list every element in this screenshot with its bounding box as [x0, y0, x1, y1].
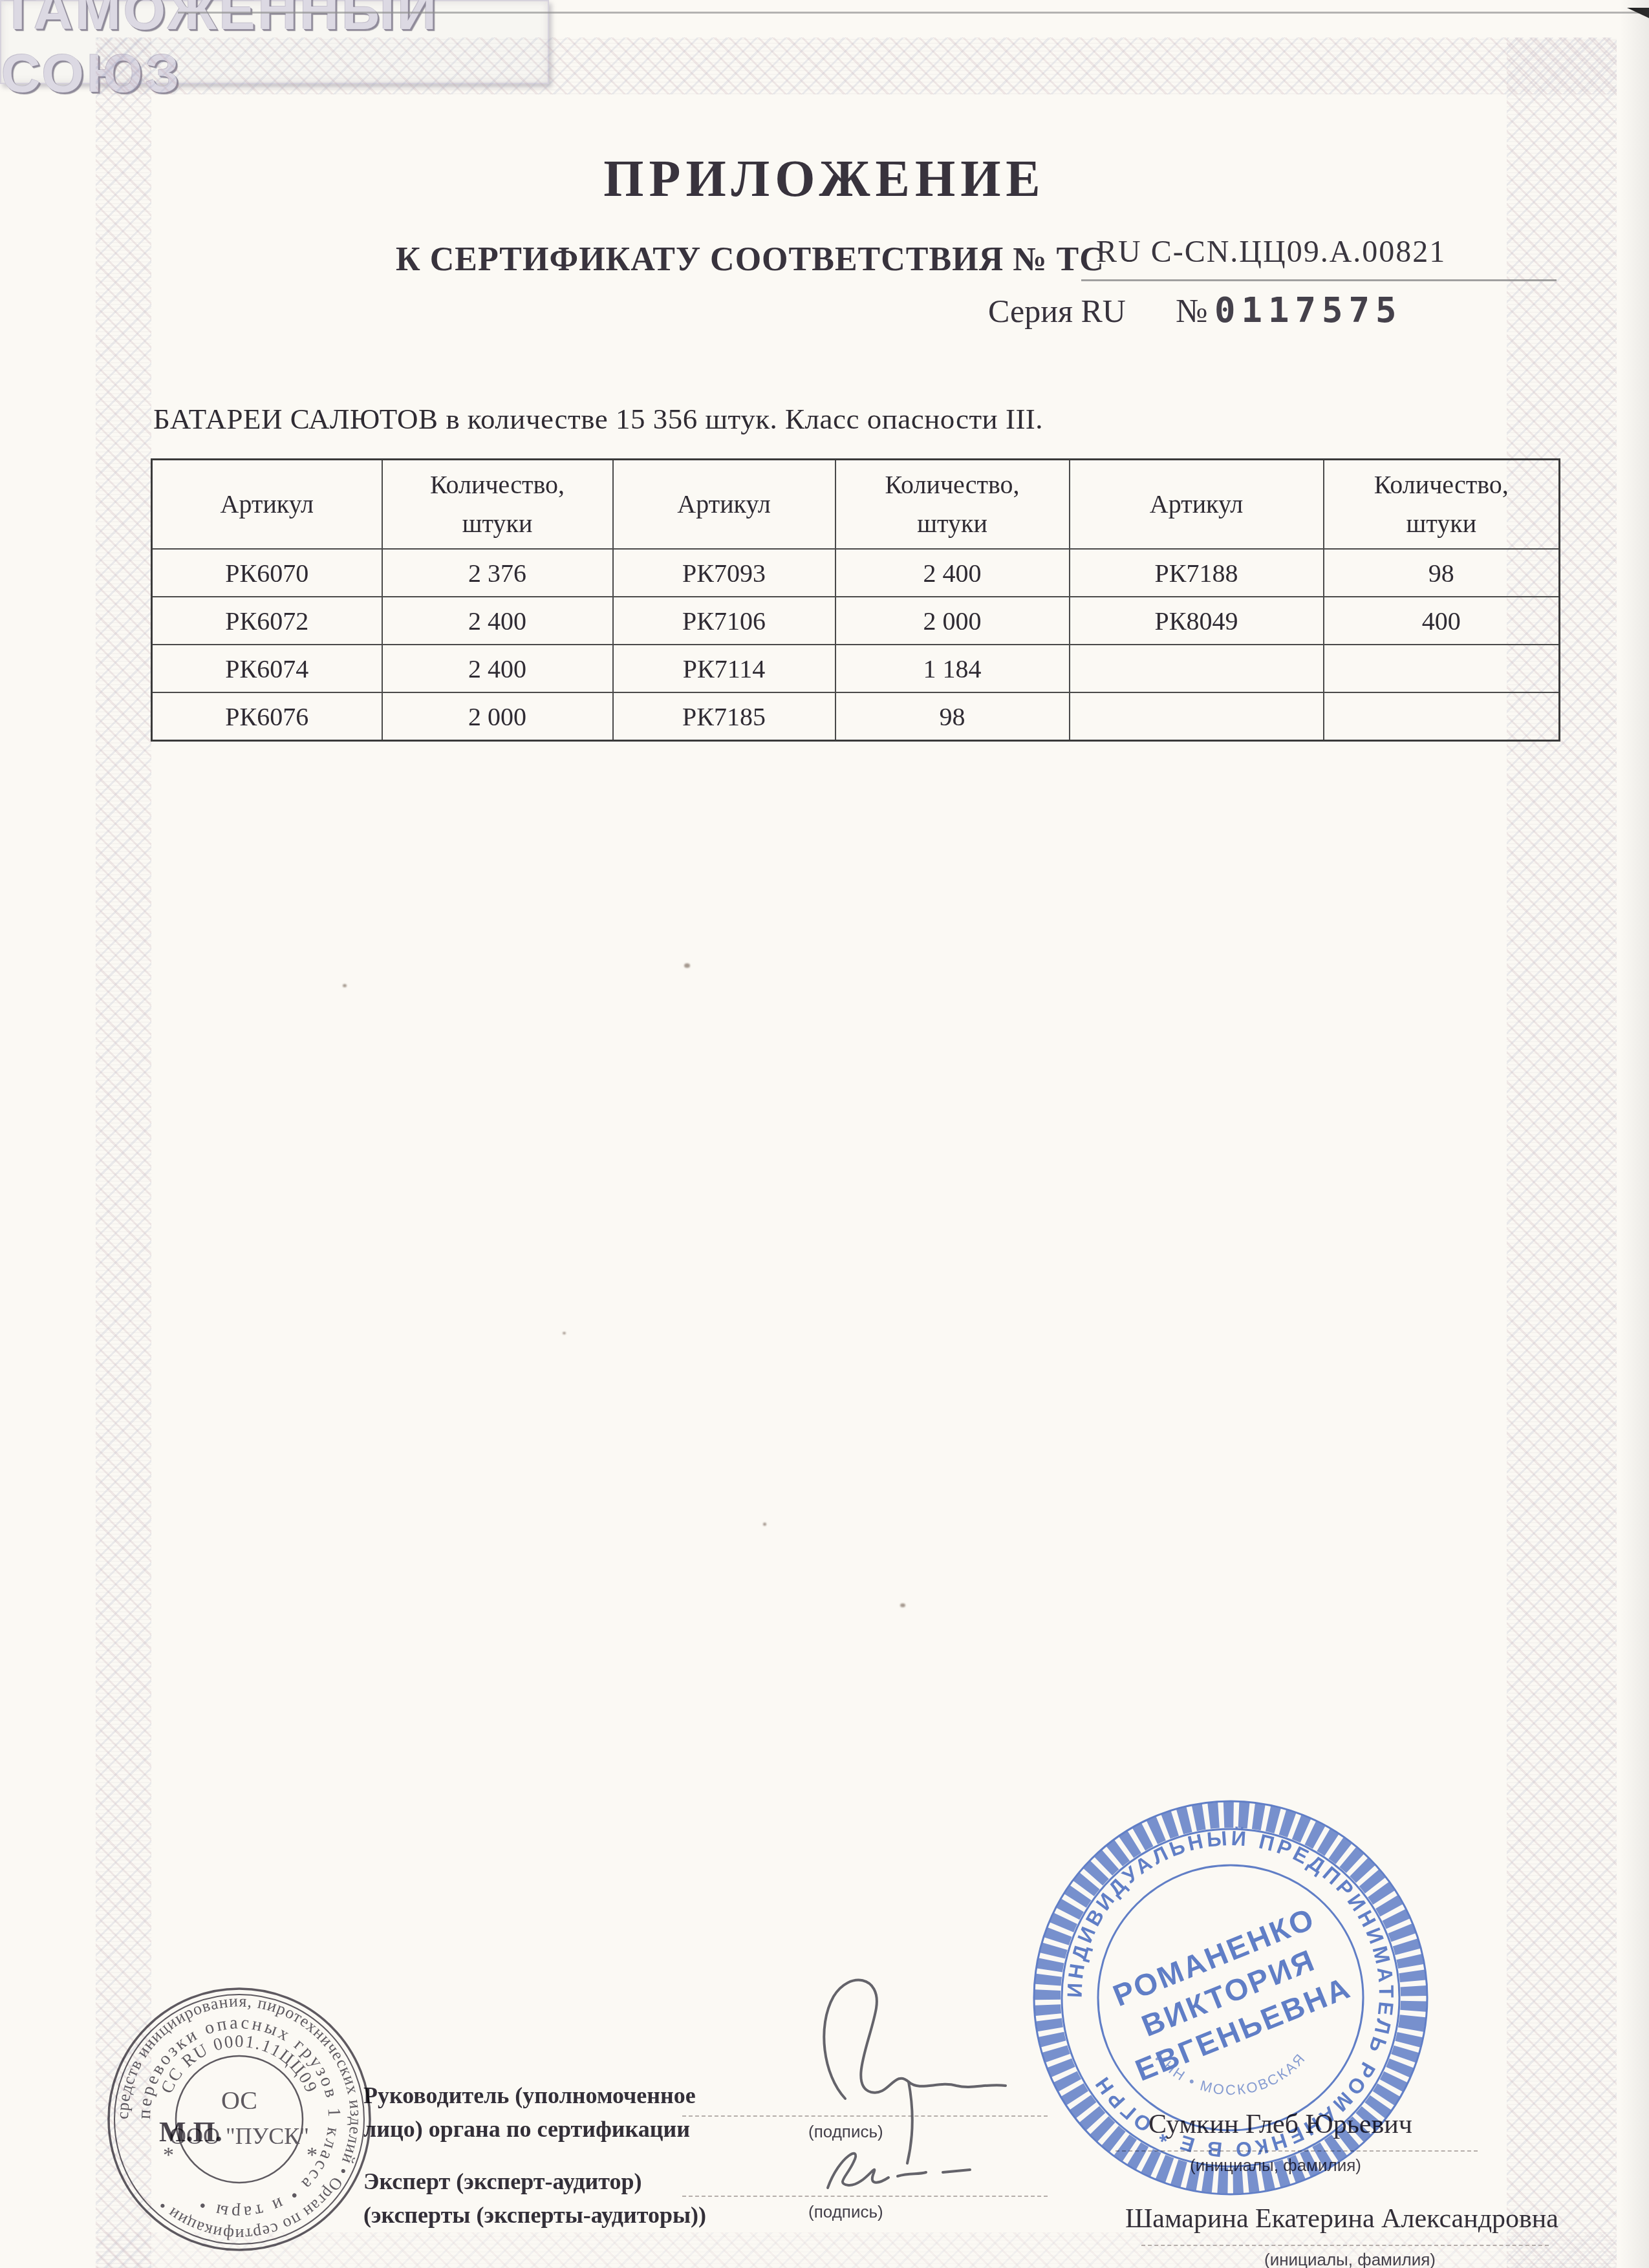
org-stamp-center-line2: ООО "ПУСК" [169, 2123, 309, 2149]
table-cell: 2 400 [835, 549, 1070, 597]
table-cell: 1 184 [835, 645, 1070, 692]
border-pattern-right [1507, 37, 1617, 2268]
border-pattern-top [97, 37, 1617, 94]
col-header-quantity: Количество, штуки [382, 460, 613, 550]
table-cell: 98 [835, 692, 1070, 741]
table-cell [1070, 692, 1324, 741]
table-cell: 2 000 [835, 597, 1070, 645]
scan-edge-line [178, 12, 1649, 14]
table-cell: 98 [1324, 549, 1560, 597]
table-cell: РК7114 [613, 645, 835, 692]
series-label: Серия RU [988, 292, 1126, 330]
table-row: РК6072 2 400 РК7106 2 000 РК8049 400 [152, 597, 1560, 645]
border-pattern-left [96, 37, 151, 2268]
dust-speck [900, 1603, 905, 1607]
col-header-article: Артикул [613, 460, 835, 550]
col-header-quantity: Количество, штуки [835, 460, 1070, 550]
articles-quantities-table: Артикул Количество, штуки Артикул Количе… [151, 458, 1560, 742]
col-header-article: Артикул [1070, 460, 1324, 550]
table-cell [1324, 692, 1560, 741]
star-decoration: * [163, 2143, 174, 2167]
table-row: РК6070 2 376 РК7093 2 400 РК7188 98 [152, 549, 1560, 597]
table-cell: 2 000 [382, 692, 613, 741]
initials-caption: (инициалы, фамилия) [1264, 2250, 1436, 2268]
table-cell: РК6076 [152, 692, 382, 741]
star-decoration: * [307, 2143, 318, 2167]
expert-role-label: Эксперт (эксперт-аудитор) (эксперты (экс… [363, 2165, 706, 2232]
dust-speck [684, 963, 690, 968]
dust-speck [763, 1523, 766, 1526]
product-description: БАТАРЕИ САЛЮТОВ в количестве 15 356 штук… [153, 402, 1043, 436]
table-row: РК6074 2 400 РК7114 1 184 [152, 645, 1560, 692]
scanned-certificate-appendix: ТАМОЖЕННЫЙ СОЮЗ ПРИЛОЖЕНИЕ К СЕРТИФИКАТУ… [0, 0, 1649, 2268]
certificate-number-underline [1081, 279, 1557, 281]
expert-role-line1: Эксперт (эксперт-аудитор) [363, 2165, 706, 2198]
expert-signature [816, 2141, 1004, 2206]
table-cell: 2 400 [382, 645, 613, 692]
dust-speck [563, 1332, 566, 1334]
table-cell: РК7185 [613, 692, 835, 741]
ip-stamp-texts: ИНДИВИДУАЛЬНЫЙ ПРЕДПРИНИМАТЕЛЬ РОМАНЕНКО… [1063, 1826, 1398, 2162]
col-header-article: Артикул [152, 460, 382, 550]
table-cell: 400 [1324, 597, 1560, 645]
expert-name-line [1141, 2245, 1549, 2246]
table-cell: РК7106 [613, 597, 835, 645]
table-row: РК6076 2 000 РК7185 98 [152, 692, 1560, 741]
head-role-line2: лицо) органа по сертификации [363, 2112, 696, 2146]
entrepreneur-stamp: ИНДИВИДУАЛЬНЫЙ ПРЕДПРИНИМАТЕЛЬ РОМАНЕНКО… [998, 1765, 1463, 2231]
table-cell: РК6072 [152, 597, 382, 645]
table-cell: РК8049 [1070, 597, 1324, 645]
dust-speck [343, 984, 347, 987]
table-cell: РК6070 [152, 549, 382, 597]
table-header-row: Артикул Количество, штуки Артикул Количе… [152, 460, 1560, 550]
page-title: ПРИЛОЖЕНИЕ [0, 150, 1649, 209]
series-number: 0117575 [1214, 290, 1403, 330]
table-cell: 2 376 [382, 549, 613, 597]
certification-body-stamp: средств инициирования, пиротехнических и… [97, 1977, 382, 2262]
table-cell: РК7093 [613, 549, 835, 597]
expert-role-line2: (эксперты (эксперты-аудиторы)) [363, 2198, 706, 2232]
table-cell: 2 400 [382, 597, 613, 645]
head-role-label: Руководитель (уполномоченное лицо) орган… [363, 2079, 696, 2146]
org-stamp-center-line1: ОС [221, 2086, 257, 2115]
certificate-number: RU C-CN.ЦЦ09.А.00821 [1096, 234, 1446, 270]
table-cell: РК7188 [1070, 549, 1324, 597]
scan-edge-shade [1620, 0, 1649, 2268]
table-cell: РК6074 [152, 645, 382, 692]
head-role-line1: Руководитель (уполномоченное [363, 2079, 696, 2112]
series-number-sign: № [1176, 292, 1208, 330]
org-stamp-texts: средств инициирования, пиротехнических и… [113, 1991, 365, 2243]
ip-stamp-center-text: РОМАНЕНКО ВИКТОРИЯ ЕВГЕНЬЕВНА [1101, 1898, 1355, 2088]
table-cell [1070, 645, 1324, 692]
col-header-quantity: Количество, штуки [1324, 460, 1560, 550]
table-cell [1324, 645, 1560, 692]
certificate-label: К СЕРТИФИКАТУ СООТВЕТСТВИЯ № ТС [396, 241, 1105, 279]
